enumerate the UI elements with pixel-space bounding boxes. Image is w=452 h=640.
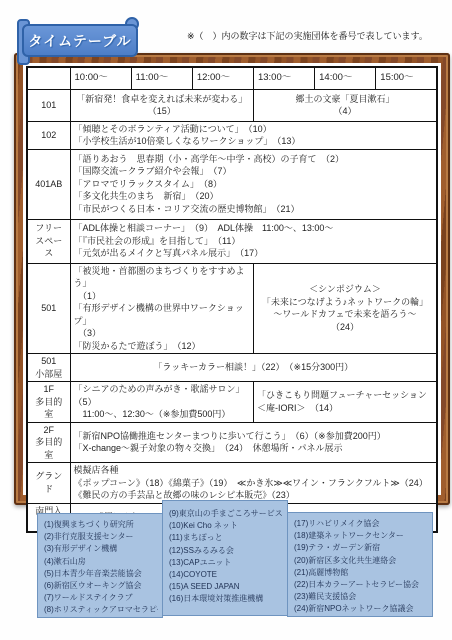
note-text: ※（ ）内の数字は下記の実施団体を番号で表しています。 bbox=[187, 31, 447, 42]
org-item: (15)A SEED JAPAN bbox=[169, 581, 283, 593]
table-row-free-space: フリー スペース 「ADL体操と相談コーナー」 （9） ADL体操 11:00～… bbox=[27, 219, 437, 263]
time-header: 14:00～ bbox=[315, 67, 376, 89]
org-item: (4)漱石山房 bbox=[44, 556, 158, 568]
org-item: (12)SSみるみる会 bbox=[169, 545, 283, 557]
event-cell: 模擬店各種 《ポップコーン》（18）《綿菓子》（19） ≪かき氷≫≪ワイン・フラ… bbox=[70, 463, 437, 504]
organization-list-2: (9)東京山の手まごころサービス (10)Kei Cho ネット (11)まちぽ… bbox=[162, 500, 288, 616]
event-cell: 「ひきこもり問題フューチャーセッション ＜庵-IORI＞ （14） bbox=[253, 382, 437, 423]
org-item: (24)新宿NPOネットワーク協議会 bbox=[294, 603, 428, 615]
timetable-area: 10:00～ 11:00～ 12:00～ 13:00～ 14:00～ 15:00… bbox=[23, 63, 441, 495]
organization-list-3: (17)リハビリメイク協会 (18)建築ネットワークセンター (19)テラ・ガー… bbox=[287, 512, 433, 617]
table-row-501-small: 501 小部屋 「ラッキーカラー相談！」（22） （※15分300円） bbox=[27, 354, 437, 382]
time-header: 13:00～ bbox=[253, 67, 314, 89]
table-row-501: 501 「被災地・首都圏のまちづくりをすすめよう」 （1） 「有形デザイン機構の… bbox=[27, 263, 437, 354]
table-row-2f: 2F 多目的室 「新宿NPO協働推進センターまつりに歩いて行こう」 （6）（※参… bbox=[27, 422, 437, 463]
org-item: (2)非行克服支援センター bbox=[44, 531, 158, 543]
org-item: (21)高麗博物館 bbox=[294, 567, 428, 579]
room-label: 401AB bbox=[27, 149, 70, 219]
title-banner: タイムテーブル bbox=[22, 24, 138, 57]
org-item: (6)新宿区ウオーキング協会 bbox=[44, 580, 158, 592]
timetable-table: 10:00～ 11:00～ 12:00～ 13:00～ 14:00～ 15:00… bbox=[26, 66, 438, 533]
event-cell: 「新宿NPO協働推進センターまつりに歩いて行こう」 （6）（※参加費200円） … bbox=[70, 422, 437, 463]
page-title: タイムテーブル bbox=[28, 31, 131, 51]
organization-list-1: (1)復興まちづくり研究所 (2)非行克服支援センター (3)有形デザイン機構 … bbox=[37, 513, 163, 618]
event-cell: ＜シンポジウム＞ 「未来につなげよう♪ネットワークの輪」 ～ワールドカフェで未来… bbox=[253, 263, 437, 354]
org-item: (1)復興まちづくり研究所 bbox=[44, 519, 158, 531]
table-row-401ab: 401AB 「語りあおう 思春期（小・高学年～中学・高校）の子育て （2） 「国… bbox=[27, 149, 437, 219]
org-item: (9)東京山の手まごころサービス bbox=[169, 508, 283, 520]
org-item: (17)リハビリメイク協会 bbox=[294, 518, 428, 530]
event-cell: 「被災地・首都圏のまちづくりをすすめよう」 （1） 「有形デザイン機構の世界中ワ… bbox=[70, 263, 253, 354]
org-item: (10)Kei Cho ネット bbox=[169, 520, 283, 532]
time-header: 12:00～ bbox=[192, 67, 253, 89]
flyer-page: タイムテーブル ※（ ）内の数字は下記の実施団体を番号で表しています。 10:0… bbox=[0, 0, 452, 640]
table-row-1f: 1F 多目的室 「シニアのための声みがき・歌謡サロン」（5） 11:00～、12… bbox=[27, 382, 437, 423]
org-item: (20)新宿区多文化共生連絡会 bbox=[294, 555, 428, 567]
room-label: 1F 多目的室 bbox=[27, 382, 70, 423]
event-cell: 郷土の文豪「夏目漱石」 （4） bbox=[253, 89, 437, 121]
wooden-frame: 10:00～ 11:00～ 12:00～ 13:00～ 14:00～ 15:00… bbox=[14, 53, 450, 505]
header-row: 10:00～ 11:00～ 12:00～ 13:00～ 14:00～ 15:00… bbox=[27, 67, 437, 89]
org-item: (22)日本カラーアートセラピー協会 bbox=[294, 579, 428, 591]
room-label: フリー スペース bbox=[27, 219, 70, 263]
org-item: (16)日本環境対策推進機構 bbox=[169, 593, 283, 605]
event-cell: 「ラッキーカラー相談！」（22） （※15分300円） bbox=[70, 354, 437, 382]
room-header-cell bbox=[27, 67, 70, 89]
time-header: 15:00～ bbox=[376, 67, 437, 89]
time-header: 10:00～ bbox=[70, 67, 131, 89]
org-item: (5)日本青少年音楽芸能協会 bbox=[44, 568, 158, 580]
room-label: 501 小部屋 bbox=[27, 354, 70, 382]
org-item: (7)ワールドステイクラブ bbox=[44, 592, 158, 604]
org-item: (8)ホリスティックアロマセラピー協会 bbox=[44, 604, 158, 616]
event-cell: 「新宿発！食卓を変えれば未来が変わる」 （15） bbox=[70, 89, 253, 121]
event-cell: 「語りあおう 思春期（小・高学年～中学・高校）の子育て （2） 「国際交流ークラ… bbox=[70, 149, 437, 219]
room-label: 501 bbox=[27, 263, 70, 354]
room-label: グランド bbox=[27, 463, 70, 504]
event-cell: 「ADL体操と相談コーナー」 （9） ADL体操 11:00～、13:00～ 「… bbox=[70, 219, 437, 263]
time-header: 11:00～ bbox=[131, 67, 192, 89]
event-cell: 「傾聴とそのボランティア活動について」 （10） 「小学校生活が10倍楽しくなる… bbox=[70, 121, 437, 149]
table-row-102: 102 「傾聴とそのボランティア活動について」 （10） 「小学校生活が10倍楽… bbox=[27, 121, 437, 149]
room-label: 101 bbox=[27, 89, 70, 121]
org-item: (3)有形デザイン機構 bbox=[44, 543, 158, 555]
table-row-ground: グランド 模擬店各種 《ポップコーン》（18）《綿菓子》（19） ≪かき氷≫≪ワ… bbox=[27, 463, 437, 504]
org-item: (13)CAPユニット bbox=[169, 557, 283, 569]
event-cell: 「シニアのための声みがき・歌謡サロン」（5） 11:00～、12:30～（※参加… bbox=[70, 382, 253, 423]
org-item: (23)難民支援協会 bbox=[294, 591, 428, 603]
org-item: (18)建築ネットワークセンター bbox=[294, 530, 428, 542]
org-item: (11)まちぽっと bbox=[169, 532, 283, 544]
org-item: (14)COYOTE bbox=[169, 569, 283, 581]
org-item: (19)テラ・ガーデン新宿 bbox=[294, 542, 428, 554]
room-label: 102 bbox=[27, 121, 70, 149]
table-row-101: 101 「新宿発！食卓を変えれば未来が変わる」 （15） 郷土の文豪「夏目漱石」… bbox=[27, 89, 437, 121]
room-label: 2F 多目的室 bbox=[27, 422, 70, 463]
